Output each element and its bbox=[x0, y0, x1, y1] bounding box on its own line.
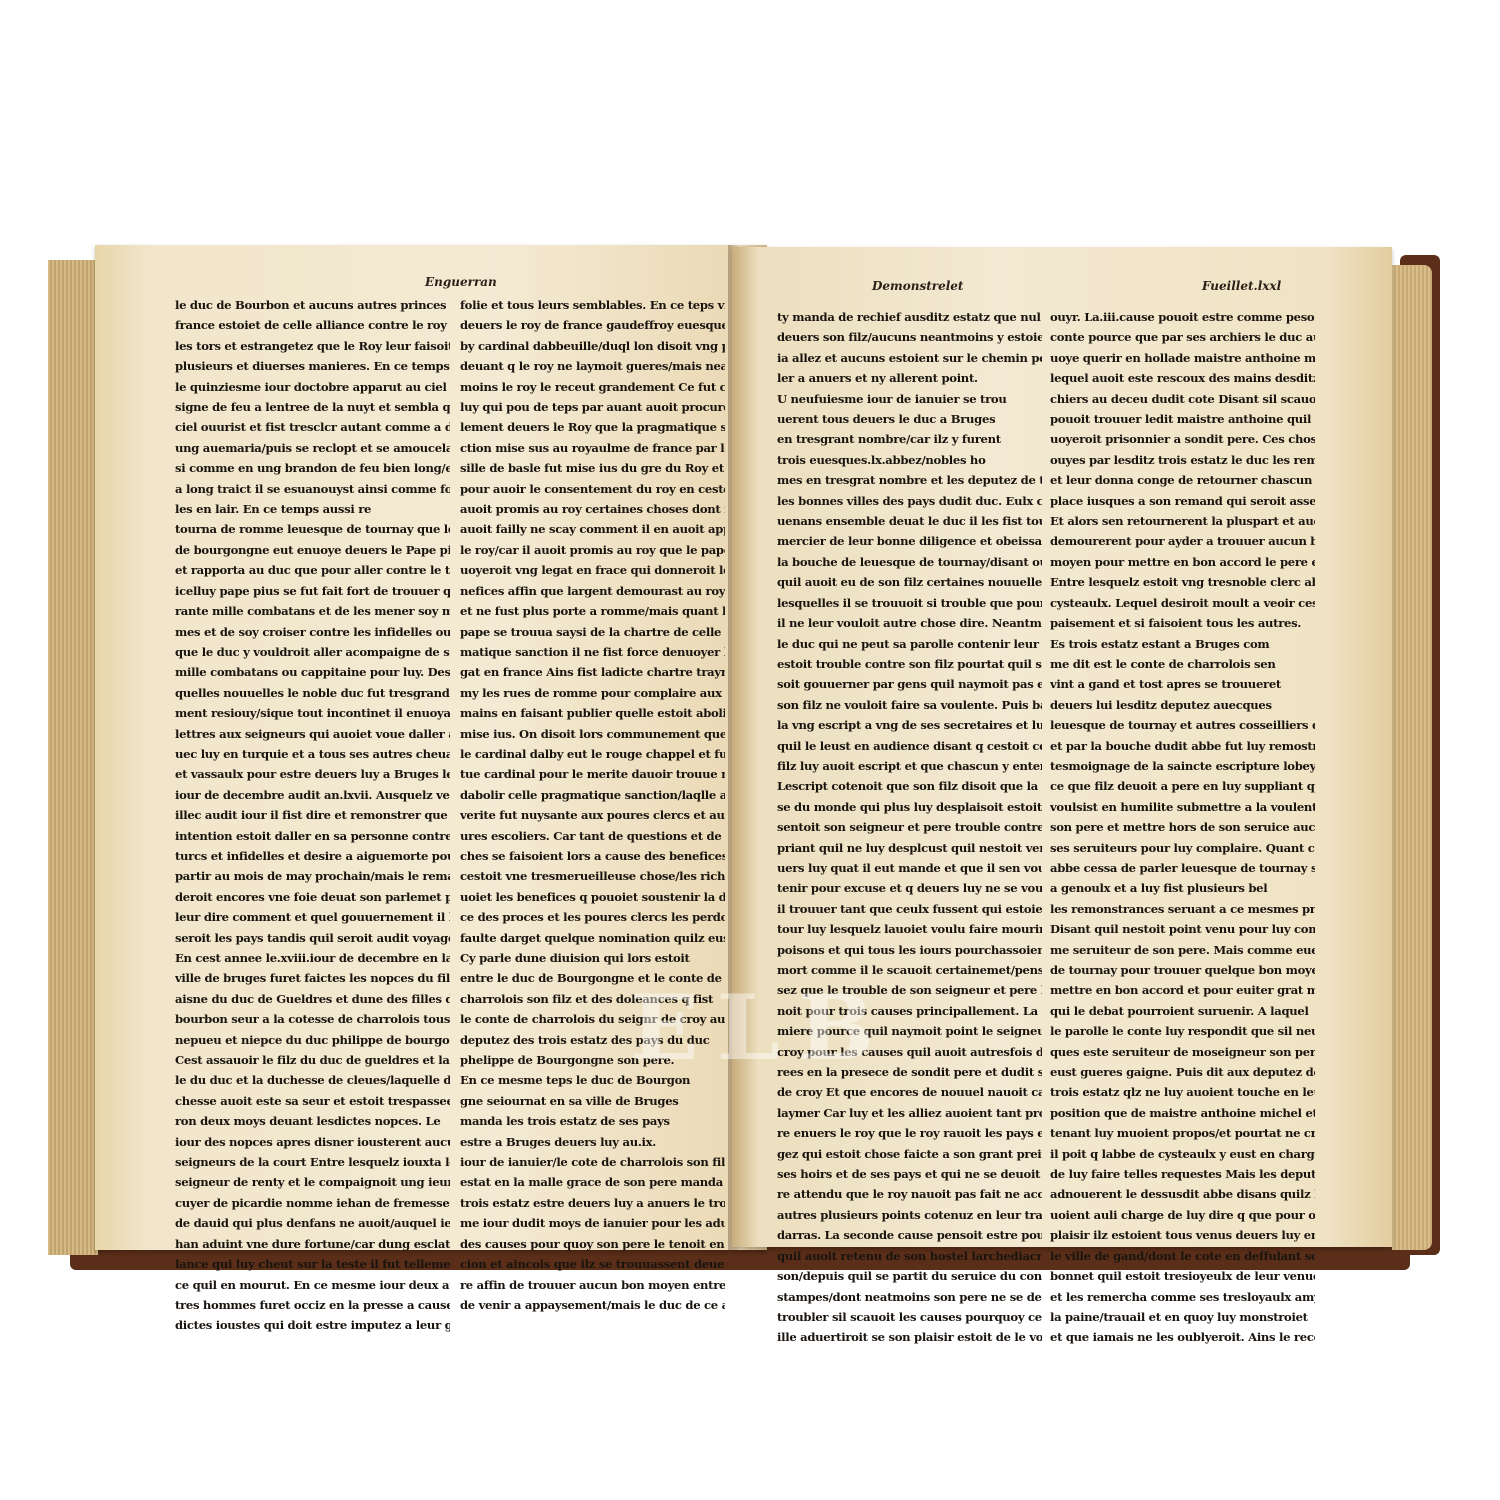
text-line: a genoulx et a luy fist plusieurs bel bbox=[1050, 878, 1315, 898]
text-line: cion et aincois que ilz se trouuassent d… bbox=[460, 1254, 725, 1274]
text-line: aisne du duc de Gueldres et dune des fil… bbox=[175, 989, 450, 1009]
text-line: trois estatz qlz ne luy auoient touche e… bbox=[1050, 1082, 1315, 1102]
text-line: laymer Car luy et les alliez auoient tan… bbox=[777, 1103, 1042, 1123]
text-line: la vng escript a vng de ses secretaires … bbox=[777, 715, 1042, 735]
text-line: tres hommes furet occiz en la presse a c… bbox=[175, 1295, 450, 1315]
text-line: pouoit trouuer ledit maistre anthoine qu… bbox=[1050, 409, 1315, 429]
text-line: re attendu que le roy nauoit pas fait ne… bbox=[777, 1184, 1042, 1204]
text-line: luy qui pou de teps par auant auoit proc… bbox=[460, 397, 725, 417]
text-line: de dauid qui plus denfans ne auoit/auque… bbox=[175, 1213, 450, 1233]
text-line: mes en tresgrat nombre et les deputez de… bbox=[777, 470, 1042, 490]
text-line: pour auoir le consentement du roy en ces… bbox=[460, 479, 725, 499]
text-line: auoit failly ne scay comment il en auoit… bbox=[460, 519, 725, 539]
text-line: chiers au deceu dudit cote Disant sil sc… bbox=[1050, 389, 1315, 409]
text-line: uoient auli charge de luy dire q que pou… bbox=[1050, 1205, 1315, 1225]
text-line: son filz ne vouloit faire sa voulente. P… bbox=[777, 695, 1042, 715]
text-line: et ne fust plus porte a romme/mais quant… bbox=[460, 601, 725, 621]
text-line: dictes ioustes qui doit estre imputez a … bbox=[175, 1315, 450, 1335]
text-line: estoit trouble contre son filz pourtat q… bbox=[777, 654, 1042, 674]
text-line: les en lair. En ce temps aussi re bbox=[175, 499, 450, 519]
text-line: qui le debat pourroient suruenir. A laqu… bbox=[1050, 1001, 1315, 1021]
text-line: a long traict il se esuanouyst ainsi com… bbox=[175, 479, 450, 499]
text-line: ches se faisoient lors a cause des benef… bbox=[460, 846, 725, 866]
text-line: ouyr. La.iii.cause pouoit estre comme pe… bbox=[1050, 307, 1315, 327]
text-line: ction mise sus au royaulme de france par… bbox=[460, 438, 725, 458]
text-line: ville de bruges furet faictes les nopces… bbox=[175, 968, 450, 988]
text-line: le duc de Bourbon et aucuns autres princ… bbox=[175, 295, 450, 315]
text-line: ques este seruiteur de moseigneur son pe… bbox=[1050, 1042, 1315, 1062]
text-line: ung auemaria/puis se reclopt et se amouc… bbox=[175, 438, 450, 458]
text-line: plaisir ilz estoient tous venus deuers l… bbox=[1050, 1225, 1315, 1245]
text-line: leuesque de tournay et autres cosseillie… bbox=[1050, 715, 1315, 735]
text-line: soit gouuerner par gens quil naymoit pas… bbox=[777, 674, 1042, 694]
text-line: le parolle le conte luy respondit que si… bbox=[1050, 1021, 1315, 1041]
text-line: bonnet quil estoit tresioyeulx de leur v… bbox=[1050, 1266, 1315, 1286]
text-line: nepueu et niepce du duc philippe de bour… bbox=[175, 1030, 450, 1050]
text-line: leur dire comment et quel gouuernement i… bbox=[175, 907, 450, 927]
text-line: auoit promis au roy certaines choses don… bbox=[460, 499, 725, 519]
text-line: uoiet les benefices q pouoiet soustenir … bbox=[460, 887, 725, 907]
text-line: ille aduertiroit se son plaisir estoit d… bbox=[777, 1327, 1042, 1347]
text-line: uerent tous deuers le duc a Bruges bbox=[777, 409, 1042, 429]
text-line: mettre en bon accord et pour euiter grat… bbox=[1050, 980, 1315, 1000]
text-line: iour de decembre audit an.lxvii. Ausquel… bbox=[175, 785, 450, 805]
text-line: darras. La seconde cause pensoit estre p… bbox=[777, 1225, 1042, 1245]
text-line: ciel ouurist et fist tresclcr autant com… bbox=[175, 417, 450, 437]
text-line: manda les trois estatz de ses pays bbox=[460, 1111, 725, 1131]
text-line: lettres aux seigneurs qui auoiet voue da… bbox=[175, 724, 450, 744]
text-line: la bouche de leuesque de tournay/disant … bbox=[777, 552, 1042, 572]
text-line: conte pource que par ses archiers le duc… bbox=[1050, 327, 1315, 347]
page-edges-left bbox=[48, 260, 98, 1255]
text-line: cestoit vne tresmerueilleuse chose/les r… bbox=[460, 866, 725, 886]
text-line: Es trois estatz estant a Bruges com bbox=[1050, 634, 1315, 654]
text-line: le quinziesme iour doctobre apparut au c… bbox=[175, 377, 450, 397]
text-line: mes et de soy croiser contre les infidel… bbox=[175, 622, 450, 642]
text-line: poisons et qui tous les iours pourchasso… bbox=[777, 940, 1042, 960]
text-line: pape se trouua saysi de la chartre de ce… bbox=[460, 622, 725, 642]
text-line: quil le leust en audience disant q cesto… bbox=[777, 736, 1042, 756]
text-line: si comme en ung brandon de feu bien long… bbox=[175, 458, 450, 478]
text-line: lequel auoit este rescoux des mains desd… bbox=[1050, 368, 1315, 388]
text-line: matique sanction il ne fist force denuoy… bbox=[460, 642, 725, 662]
text-line: adnouerent le dessusdit abbe disans quil… bbox=[1050, 1184, 1315, 1204]
text-line: filz luy auoit escript et que chascun y … bbox=[777, 756, 1042, 776]
text-line: france estoiet de celle alliance contre … bbox=[175, 315, 450, 335]
text-line: et les remercha comme ses tresloyaulx am… bbox=[1050, 1287, 1315, 1307]
text-line: intention estoit daller en sa personne c… bbox=[175, 826, 450, 846]
text-line: ses seruiteurs pour luy complaire. Quant… bbox=[1050, 838, 1315, 858]
text-line: tenir pour excuse et q deuers luy ne se … bbox=[777, 878, 1042, 898]
text-line: Entre lesquelz estoit vng tresnoble cler… bbox=[1050, 572, 1315, 592]
text-line: ouyes par lesditz trois estatz le duc le… bbox=[1050, 450, 1315, 470]
text-line: stampes/dont neatmoins son pere ne se de… bbox=[777, 1287, 1042, 1307]
text-line: vint a gand et tost apres se trouueret bbox=[1050, 674, 1315, 694]
text-line: Lescript cotenoit que son filz disoit qu… bbox=[777, 776, 1042, 796]
text-line: de tournay pour trouuer quelque bon moye… bbox=[1050, 960, 1315, 980]
text-line: quelles nouuelles le noble duc fut tresg… bbox=[175, 683, 450, 703]
text-line: cysteaulx. Lequel desiroit moult a veoir… bbox=[1050, 593, 1315, 613]
text-line: faulte darget quelque nomination quilz e… bbox=[460, 928, 725, 948]
text-line: iour des nopces apres disner iousterent … bbox=[175, 1132, 450, 1152]
text-line: bourbon seur a la cotesse de charrolois … bbox=[175, 1009, 450, 1029]
text-line: gat en france Ains fist ladicte chartre … bbox=[460, 662, 725, 682]
text-line: Et alors sen retournerent la pluspart et… bbox=[1050, 511, 1315, 531]
text-line: deuers le roy de france gaudeffroy euesq… bbox=[460, 315, 725, 335]
text-line: Cy parle dune diuision qui lors estoit bbox=[460, 948, 725, 968]
page-edges-right bbox=[1392, 265, 1432, 1250]
text-line: se du monde qui plus luy desplaisoit est… bbox=[777, 797, 1042, 817]
text-line: sille de basle fut mise ius du gre du Ro… bbox=[460, 458, 725, 478]
text-line: les bonnes villes des pays dudit duc. Eu… bbox=[777, 491, 1042, 511]
text-line: sentoit son seigneur et pere trouble con… bbox=[777, 817, 1042, 837]
text-line: me dit est le conte de charrolois sen bbox=[1050, 654, 1315, 674]
right-page-column-2: ouyr. La.iii.cause pouoit estre comme pe… bbox=[1050, 307, 1315, 1347]
text-line: lesquelles il se trouuoit si trouble que… bbox=[777, 593, 1042, 613]
text-line: han aduint vne dure fortune/car dung esc… bbox=[175, 1234, 450, 1254]
running-head-left: Enguerran bbox=[425, 275, 497, 289]
left-page-column-2: folie et tous leurs semblables. En ce te… bbox=[460, 295, 725, 1335]
text-line: my les rues de romme pour complaire aux … bbox=[460, 683, 725, 703]
text-line: verite fut nuysante aux poures clercs et… bbox=[460, 805, 725, 825]
text-line: uoyeroit vng legat en frace qui donneroi… bbox=[460, 560, 725, 580]
text-line: les tors et estrangetez que le Roy leur … bbox=[175, 336, 450, 356]
text-line: ty manda de rechief ausditz estatz que n… bbox=[777, 307, 1042, 327]
text-line: ia allez et aucuns estoient sur le chemi… bbox=[777, 348, 1042, 368]
text-line: son pere et mettre hors de son seruice a… bbox=[1050, 817, 1315, 837]
text-line: priant quil ne luy desplcust quil nestoi… bbox=[777, 838, 1042, 858]
text-line: tesmoignage de la saincte escripture lob… bbox=[1050, 756, 1315, 776]
text-line: by cardinal dabbeuille/duql lon disoit v… bbox=[460, 336, 725, 356]
running-head-folio: Fueillet.lxxl bbox=[1202, 279, 1281, 293]
text-line: le ville de gand/dont le cote en deffula… bbox=[1050, 1246, 1315, 1266]
text-line: uoyeroit prisonnier a sondit pere. Ces c… bbox=[1050, 429, 1315, 449]
right-page: Demonstrelet Fueillet.lxxl ty manda de r… bbox=[732, 247, 1392, 1247]
text-line: dabolir celle pragmatique sanction/laqll… bbox=[460, 785, 725, 805]
text-line: illec audit iour il fist dire et remonst… bbox=[175, 805, 450, 825]
text-line: turcs et infidelles et desire a aiguemor… bbox=[175, 846, 450, 866]
text-line: la paine/trauail et en quoy luy monstroi… bbox=[1050, 1307, 1315, 1327]
text-line: iour de ianuier/le cote de charrolois so… bbox=[460, 1152, 725, 1172]
text-line: tour luy lesquelz lauoiet voulu faire mo… bbox=[777, 919, 1042, 939]
text-line: et vassaulx pour estre deuers luy a Brug… bbox=[175, 764, 450, 784]
text-line: re enuers le roy que le roy rauoit les p… bbox=[777, 1123, 1042, 1143]
text-line: estat en la malle grace de son pere mand… bbox=[460, 1172, 725, 1192]
text-line: mains en faisant publier quelle estoit a… bbox=[460, 703, 725, 723]
text-line: icelluy pape pius se fut fait fort de tr… bbox=[175, 581, 450, 601]
text-line: chesse auoit este sa seur et estoit tres… bbox=[175, 1091, 450, 1111]
text-line: des causes pour quoy son pere le tenoit … bbox=[460, 1234, 725, 1254]
text-line: deuant q le roy ne laymoit gueres/mais n… bbox=[460, 356, 725, 376]
text-line: seigneurs de la court Entre lesquelz iou… bbox=[175, 1152, 450, 1172]
text-line: et rapporta au duc que pour aller contre… bbox=[175, 560, 450, 580]
text-line: seigneur de renty et le compaignoit ung … bbox=[175, 1172, 450, 1192]
text-line: tue cardinal pour le merite dauoir trouu… bbox=[460, 764, 725, 784]
open-book: Enguerran le duc de Bourbon et aucuns au… bbox=[40, 235, 1440, 1285]
text-line: plusieurs et diuerses manieres. En ce te… bbox=[175, 356, 450, 376]
text-line: deuers son filz/aucuns neantmoins y esto… bbox=[777, 327, 1042, 347]
text-line: il poit q labbe de cysteaulx y eust en c… bbox=[1050, 1144, 1315, 1164]
text-line: Cest assauoir le filz du duc de gueldres… bbox=[175, 1050, 450, 1070]
text-line: re affin de trouuer aucun bon moyen entr… bbox=[460, 1275, 725, 1295]
text-line: et que iamais ne les oublyeroit. Ains le… bbox=[1050, 1327, 1315, 1347]
text-line: ce quil en mourut. En ce mesme iour deux… bbox=[175, 1275, 450, 1295]
text-line: trois euesques.lx.abbez/nobles ho bbox=[777, 450, 1042, 470]
text-line: lement deuers le Roy que la pragmatique … bbox=[460, 417, 725, 437]
text-line: quil auoit retenu de son hostel larchedi… bbox=[777, 1246, 1042, 1266]
text-line: abbe cessa de parler leuesque de tournay… bbox=[1050, 858, 1315, 878]
text-line: le duc qui ne peut sa parolle contenir l… bbox=[777, 634, 1042, 654]
text-line: En cest annee le.xviii.iour de decembre … bbox=[175, 948, 450, 968]
text-line: gne seiournat en sa ville de Bruges bbox=[460, 1091, 725, 1111]
text-line: mise ius. On disoit lors communement que bbox=[460, 724, 725, 744]
text-line: uoye querir en hollade maistre anthoine … bbox=[1050, 348, 1315, 368]
text-line: moyen pour mettre en bon accord le pere … bbox=[1050, 552, 1315, 572]
text-line: eust gueres gaigne. Puis dit aux deputez… bbox=[1050, 1062, 1315, 1082]
text-line: mercier de leur bonne diligence et obeis… bbox=[777, 531, 1042, 551]
text-line: son/depuis quil se partit du seruice du … bbox=[777, 1266, 1042, 1286]
text-line: me seruiteur de son pere. Mais comme eue… bbox=[1050, 940, 1315, 960]
text-line: le roy/car il auoit promis au roy que le… bbox=[460, 540, 725, 560]
text-line: quil auoit eu de son filz certaines nouu… bbox=[777, 572, 1042, 592]
text-line: ce des proces et les poures clercs les p… bbox=[460, 907, 725, 927]
text-line: le cardinal dalby eut le rouge chappel e… bbox=[460, 744, 725, 764]
text-line: demourerent pour ayder a trouuer aucun b… bbox=[1050, 531, 1315, 551]
text-line: de luy faire telles requestes Mais les d… bbox=[1050, 1164, 1315, 1184]
text-line: ures escoliers. Car tant de questions et… bbox=[460, 826, 725, 846]
text-line: et par la bouche dudit abbe fut luy remo… bbox=[1050, 736, 1315, 756]
right-page-column-1: ty manda de rechief ausditz estatz que n… bbox=[777, 307, 1042, 1347]
text-line: autres plusieurs points cotenuz en leur … bbox=[777, 1205, 1042, 1225]
text-line: nefices affin que largent demourast au r… bbox=[460, 581, 725, 601]
text-line: tourna de romme leuesque de tournay que … bbox=[175, 519, 450, 539]
text-line: place iusques a son remand qui seroit as… bbox=[1050, 491, 1315, 511]
text-line: cuyer de picardie nomme iehan de fremess… bbox=[175, 1193, 450, 1213]
text-line: Disant quil nestoit point venu pour luy … bbox=[1050, 919, 1315, 939]
text-line: U neufuiesme iour de ianuier se trou bbox=[777, 389, 1042, 409]
text-line: estre a Bruges deuers luy au.ix. bbox=[460, 1132, 725, 1152]
text-line: mille combatans ou cappitaine pour luy. … bbox=[175, 662, 450, 682]
text-line: rante mille combatans et de les mener so… bbox=[175, 601, 450, 621]
text-line: il trouuer tant que ceulx fussent qui es… bbox=[777, 899, 1042, 919]
text-line: le du duc et la duchesse de cleues/laque… bbox=[175, 1070, 450, 1090]
text-line: me iour dudit moys de ianuier pour les a… bbox=[460, 1213, 725, 1233]
running-head-center: Demonstrelet bbox=[872, 279, 963, 293]
text-line: uers luy quat il eut mande et que il sen… bbox=[777, 858, 1042, 878]
text-line: tenant luy muoient propos/et pourtat ne … bbox=[1050, 1123, 1315, 1143]
text-line: gez qui estoit chose faicte a son grant … bbox=[777, 1144, 1042, 1164]
text-line: ron deux moys deuant lesdictes nopces. L… bbox=[175, 1111, 450, 1131]
left-page-column-1: le duc de Bourbon et aucuns autres princ… bbox=[175, 295, 450, 1335]
text-line: de venir a appaysement/mais le duc de ce… bbox=[460, 1295, 725, 1315]
left-page: Enguerran le duc de Bourbon et aucuns au… bbox=[95, 245, 767, 1250]
text-line: que le duc y vouldroit aller acompaigne … bbox=[175, 642, 450, 662]
text-line: ler a anuers et ny allerent point. bbox=[777, 368, 1042, 388]
text-line: deuers lui lesditz deputez auecques bbox=[1050, 695, 1315, 715]
text-line: uenans ensemble deuat le duc il les fist… bbox=[777, 511, 1042, 531]
text-line: position que de maistre anthoine michel … bbox=[1050, 1103, 1315, 1123]
text-line: folie et tous leurs semblables. En ce te… bbox=[460, 295, 725, 315]
watermark: ELB bbox=[630, 975, 892, 1081]
text-line: les remonstrances seruant a ce mesmes pr… bbox=[1050, 899, 1315, 919]
text-line: lance qui luy cheut sur la teste il fut … bbox=[175, 1254, 450, 1274]
text-line: en tresgrant nombre/car ilz y furent bbox=[777, 429, 1042, 449]
text-line: seroit les pays tandis quil seroit audit… bbox=[175, 928, 450, 948]
text-line: ment resiouy/sique tout incontinet il en… bbox=[175, 703, 450, 723]
text-line: signe de feu a lentree de la nuyt et sem… bbox=[175, 397, 450, 417]
text-line: paisement et si faisoient tous les autre… bbox=[1050, 613, 1315, 633]
text-line: troubler sil scauoit les causes pourquoy… bbox=[777, 1307, 1042, 1327]
text-line: uec luy en turquie et a tous ses autres … bbox=[175, 744, 450, 764]
text-line: il ne leur vouloit autre chose dire. Nea… bbox=[777, 613, 1042, 633]
text-line: deroit encores vne foie deuat son parlem… bbox=[175, 887, 450, 907]
text-line: voulsist en humilite submettre a la voul… bbox=[1050, 797, 1315, 817]
text-line: moins le roy le receut grandement Ce fut… bbox=[460, 377, 725, 397]
text-line: et leur donna conge de retourner chascun… bbox=[1050, 470, 1315, 490]
text-line: de croy Et que encores de nouuel nauoit … bbox=[777, 1082, 1042, 1102]
text-line: ses hoirs et de ses pays et qui ne se de… bbox=[777, 1164, 1042, 1184]
text-line: partir au mois de may prochain/mais le r… bbox=[175, 866, 450, 886]
text-line: de bourgongne eut enuoye deuers le Pape … bbox=[175, 540, 450, 560]
text-line: ce que filz deuoit a pere en luy supplia… bbox=[1050, 776, 1315, 796]
text-line: trois estatz estre deuers luy a anuers l… bbox=[460, 1193, 725, 1213]
